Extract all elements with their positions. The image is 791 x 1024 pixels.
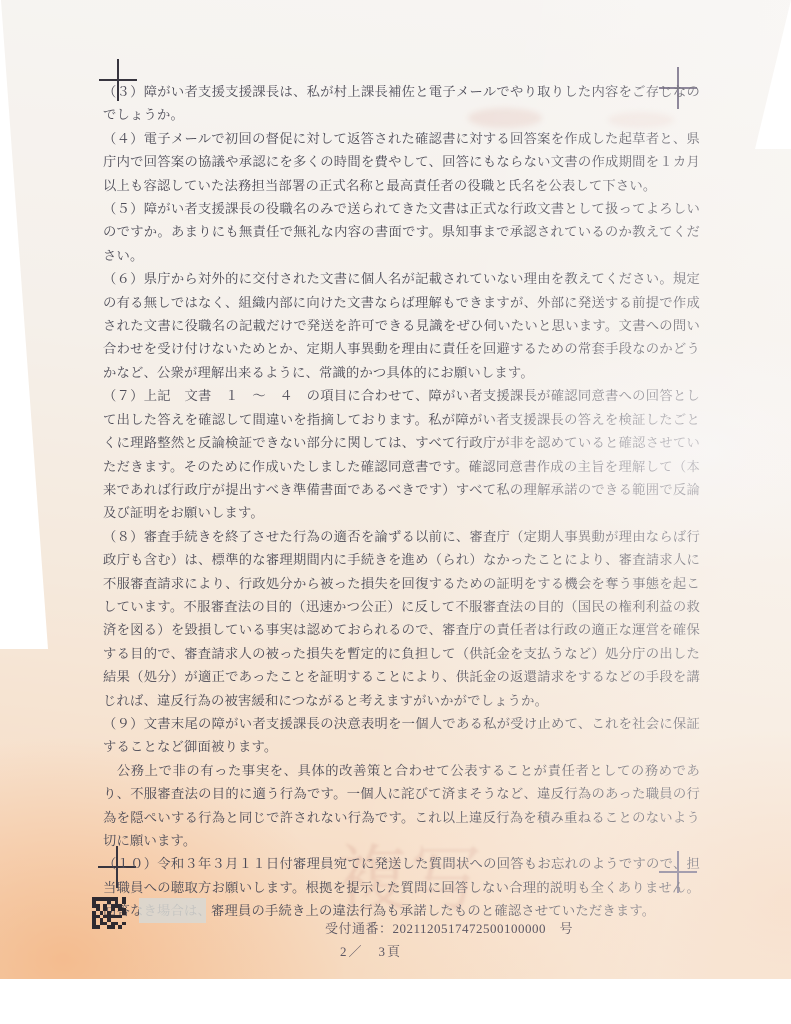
- document-body: （３）障がい者支援支援課長は、私が村上課長補佐と電子メールでやり取りした内容をご…: [103, 80, 700, 923]
- paragraph: （７）上記 文書 １ 〜 ４ の項目に合わせて、障がい者支援課長が確認同意書への…: [103, 384, 700, 524]
- qr-code-icon: [92, 897, 126, 929]
- scanned-document-page: 複写 （３）障がい者支援支援課長は、私が村上課長補佐と電子メールでやり取りした内…: [0, 0, 791, 1024]
- paragraph: （６）県庁から対外的に交付された文書に個人名が記載されていない理由を教えてくださ…: [103, 267, 700, 384]
- footer-label-box: [139, 898, 206, 923]
- page-indicator: 2／ 3頁: [340, 941, 402, 960]
- paragraph: （９）文書末尾の障がい者支援課長の決意表明を一個人である私が受け止めて、これを社…: [103, 712, 700, 759]
- paragraph: （５）障がい者支援課長の役職名のみで送られてきた文書は正式な行政文書として扱って…: [103, 197, 700, 267]
- paragraph: 公務上で非の有った事実を、具体的改善策と合わせて公表することが責任者としての務め…: [103, 759, 700, 853]
- paragraph: （４）電子メールで初回の督促に対して返答された確認書に対する回答案を作成した起草…: [103, 127, 700, 197]
- receipt-number: 受付通番：2021120517472500100000 号: [325, 918, 573, 937]
- photo-margin-bottom: [0, 979, 791, 1024]
- paragraph: （８）審査手続きを終了させた行為の適否を論ずる以前に、審査庁（定期人事異動が理由…: [103, 525, 700, 712]
- paragraph: （３）障がい者支援支援課長は、私が村上課長補佐と電子メールでやり取りした内容をご…: [103, 80, 700, 127]
